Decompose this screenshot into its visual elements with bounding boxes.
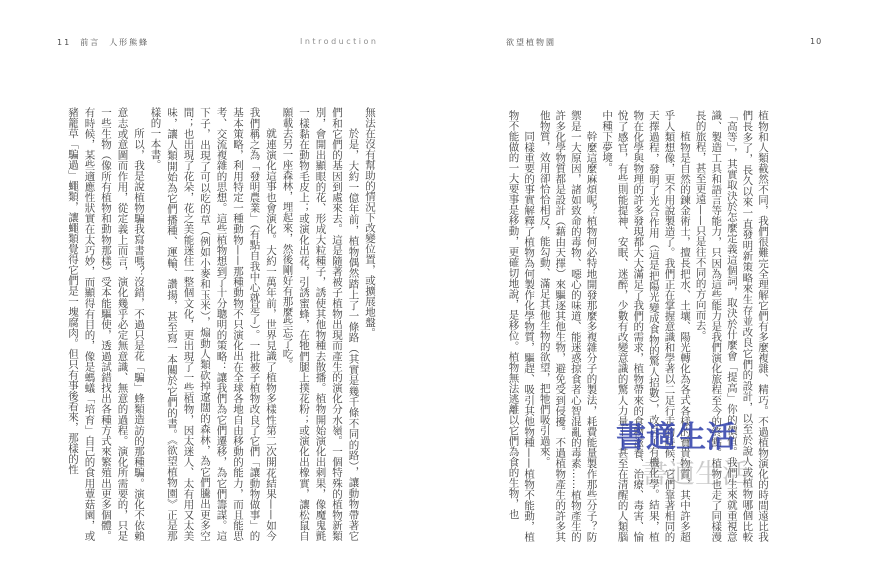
right-page-body: 植物和人類截然不同，我們很難完全理解它們有多麼複雜、精巧。不過植物演化的時間遠比…	[502, 110, 770, 542]
left-page-number: 11	[57, 38, 71, 47]
left-page-body: 無法在沒有幫助的情況下改變位置，或擴展地盤。 於是，大約一億年前，植物偶然踏上了…	[48, 107, 378, 541]
book-spread: 11前言人形熊蜂 Introduction 欲望植物園 10 植物和人類截然不同…	[0, 0, 884, 567]
paragraph: 同樣重要的事實解釋了植物為何製作化學物質，驅趕、吸引其他物種——植物不能動，植物…	[505, 110, 536, 542]
section-label: 前言	[80, 38, 100, 47]
paragraph: 無法在沒有幫助的情況下改變位置，或擴展地盤。	[362, 107, 379, 541]
left-running-head: 11前言人形熊蜂	[57, 37, 158, 48]
paragraph: 所以，我是說植物騙我寫書嗎？沒錯，不過只是花「騙」蜂類造訪的那種騙。演化不依賴意…	[65, 107, 148, 541]
paragraph: 植物和人類截然不同，我們很難完全理解它們有多麼複雜、精巧。不過植物演化的時間遠比…	[692, 110, 770, 542]
right-page-number: 10	[810, 37, 822, 46]
paragraph: 就連演化這事也會演化。大約一萬年前，世界見識了植物多樣性第二次開花結果——如今我…	[147, 107, 279, 541]
book-title: 欲望植物園	[506, 37, 556, 48]
paragraph: 於是，大約一億年前，植物偶然踏上了一條路（其實是幾千條不同的路），讓動物帶著它們…	[279, 107, 362, 541]
chapter-title: 人形熊蜂	[109, 38, 149, 47]
center-running-head: Introduction	[300, 37, 378, 46]
paragraph: 幹麼這麼麻煩呢？植物何必特地開發那麼多複雜分子的製法，耗費能量製作那些分子？防禦…	[536, 110, 598, 542]
paragraph: 植物是自然的鍊金術士，擅長把水、土壤、陽光轉化為各式各樣的寶貴物質，其中許多超乎…	[598, 110, 692, 542]
